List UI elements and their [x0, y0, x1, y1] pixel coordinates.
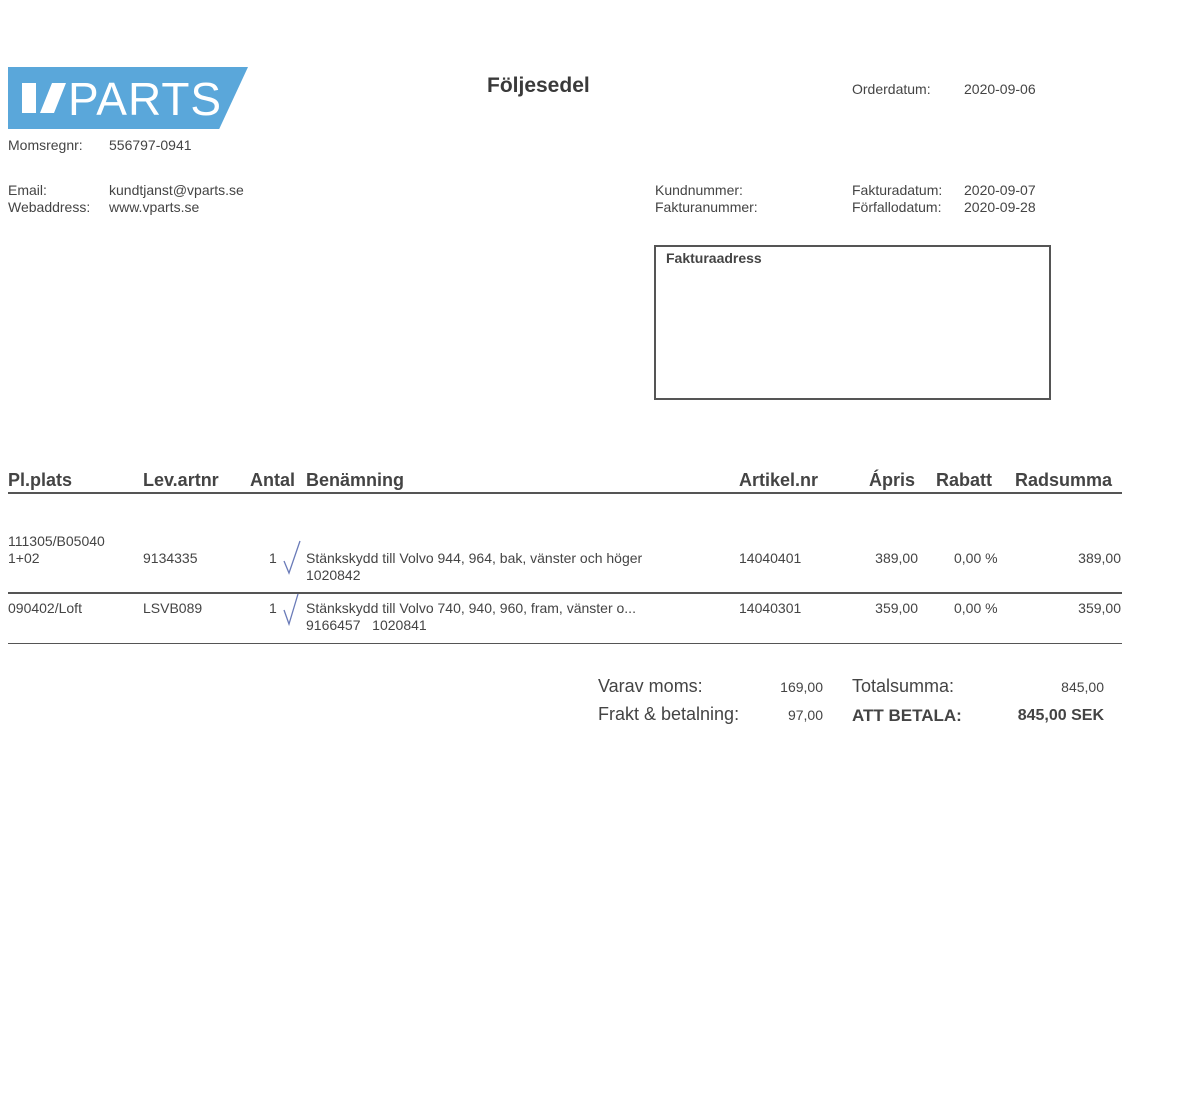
table-bottom-divider — [8, 643, 1122, 644]
row-description: Stänkskydd till Volvo 944, 964, bak, vän… — [306, 550, 642, 566]
row-location-sub: 1+02 — [8, 550, 40, 566]
due-date-value: 2020-09-28 — [964, 199, 1036, 215]
email-value: kundtjanst@vparts.se — [109, 182, 244, 198]
amount-due-label: ATT BETALA: — [852, 706, 962, 726]
v-mark-icon — [22, 79, 66, 117]
row-article-no: 14040401 — [739, 550, 801, 566]
col-header-qty: Antal — [250, 470, 295, 491]
due-date-label: Förfallodatum: — [852, 199, 941, 215]
amount-due-value: 845,00 SEK — [984, 707, 1104, 725]
row-location: 111305/B05040 — [8, 533, 105, 549]
col-header-article-no: Artikel.nr — [739, 470, 818, 491]
row-line-total: 389,00 — [1040, 550, 1121, 566]
vparts-logo: PARTS — [8, 67, 248, 129]
row-location: 090402/Loft — [8, 600, 82, 616]
billing-address-box: Fakturaadress — [654, 245, 1051, 400]
total-sum-value: 845,00 — [1004, 679, 1104, 695]
col-header-description: Benämning — [306, 470, 404, 491]
invoice-no-label: Fakturanummer: — [655, 199, 758, 215]
col-header-supplier-art: Lev.artnr — [143, 470, 219, 491]
invoice-date-label: Fakturadatum: — [852, 182, 942, 198]
vat-reg-label: Momsregnr: — [8, 137, 83, 153]
invoice-date-value: 2020-09-07 — [964, 182, 1036, 198]
row-supplier-art: 9134335 — [143, 550, 198, 566]
row-unit-price: 389,00 — [838, 550, 918, 566]
document-title: Följesedel — [487, 74, 590, 98]
customer-no-label: Kundnummer: — [655, 182, 743, 198]
row-description: Stänkskydd till Volvo 740, 940, 960, fra… — [306, 600, 636, 616]
total-sum-label: Totalsumma: — [852, 676, 954, 697]
row-qty: 1 — [269, 550, 277, 566]
row-unit-price: 359,00 — [838, 600, 918, 616]
col-header-discount: Rabatt — [936, 470, 992, 491]
shipping-label: Frakt & betalning: — [598, 704, 739, 725]
web-value: www.vparts.se — [109, 199, 199, 215]
vat-reg-value: 556797-0941 — [109, 137, 192, 153]
email-label: Email: — [8, 182, 47, 198]
row-supplier-art: LSVB089 — [143, 600, 202, 616]
row-description-sub: 1020842 — [306, 567, 361, 583]
vat-total-label: Varav moms: — [598, 676, 703, 697]
row-description-sub: 9166457 1020841 — [306, 617, 427, 633]
row-discount: 0,00 % — [954, 600, 998, 616]
orderdate-value: 2020-09-06 — [964, 81, 1036, 97]
vat-total-value: 169,00 — [743, 679, 823, 695]
row-discount: 0,00 % — [954, 550, 998, 566]
col-header-location: Pl.plats — [8, 470, 72, 491]
header-divider — [8, 492, 1122, 494]
web-label: Webaddress: — [8, 199, 90, 215]
handwritten-check-icon — [282, 592, 302, 630]
row-divider — [8, 592, 1122, 594]
row-qty: 1 — [269, 600, 277, 616]
orderdate-label: Orderdatum: — [852, 81, 931, 97]
brand-name: PARTS — [68, 72, 222, 126]
shipping-value: 97,00 — [743, 707, 823, 723]
col-header-unit-price: Ápris — [869, 470, 915, 491]
billing-address-label: Fakturaadress — [666, 250, 762, 266]
handwritten-check-icon — [282, 539, 302, 577]
row-article-no: 14040301 — [739, 600, 801, 616]
row-line-total: 359,00 — [1040, 600, 1121, 616]
col-header-line-total: Radsumma — [1015, 470, 1112, 491]
